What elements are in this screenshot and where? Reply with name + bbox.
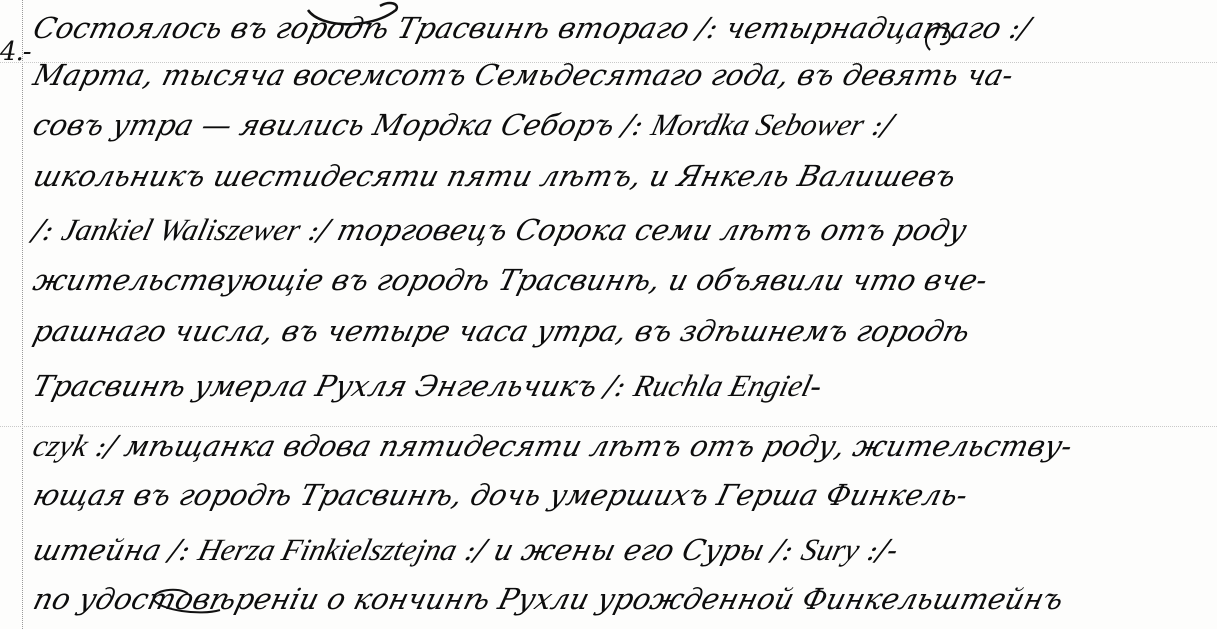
cyrillic-text: рашнаго числа, въ четыре часа утра, въ з…: [30, 314, 974, 348]
cyrillic-text: :/ мѣщанка вдова пятидесяти лѣтъ отъ род…: [83, 429, 1076, 463]
latin-name-text: Sury: [798, 532, 864, 567]
cyrillic-text: ющая въ городѣ Трасвинѣ, дочь умершихъ Г…: [30, 478, 971, 512]
latin-name-text: Jankiel Waliszewer: [58, 212, 304, 247]
text-line-7: рашнаго числа, въ четыре часа утра, въ з…: [30, 317, 972, 346]
text-line-6: жительствующіе въ городѣ Трасвинѣ, и объ…: [30, 266, 990, 295]
cyrillic-text: штейна /:: [30, 533, 204, 567]
text-line-10: ющая въ городѣ Трасвинѣ, дочь умершихъ Г…: [30, 481, 970, 510]
cyrillic-text: школьникъ шестидесяти пяти лѣтъ, и Янкел…: [30, 159, 960, 193]
cyrillic-text: :/ торговецъ Сорока семи лѣтъ отъ роду: [296, 213, 971, 247]
left-margin-rule: [22, 0, 23, 629]
text-line-11: штейна /: Herza Finkielsztejna :/ и жены…: [30, 534, 901, 565]
text-line-5: /: Jankiel Waliszewer :/ торговецъ Сорок…: [30, 214, 970, 245]
text-line-9: czyk :/ мѣщанка вдова пятидесяти лѣтъ от…: [30, 430, 1076, 461]
entry-number: 4.-: [0, 37, 31, 67]
latin-name-text: Mordka Sebower: [648, 107, 868, 142]
cyrillic-text: жительствующіе въ городѣ Трасвинѣ, и объ…: [30, 263, 991, 297]
cyrillic-text: совъ утра — явились Мордка Себоръ /:: [30, 108, 657, 142]
text-line-1: Состоялось въ городѣ Трасвинѣ втораго /:…: [30, 14, 1033, 43]
cyrillic-text: Марта, тысяча восемсотъ Семьдесятаго год…: [30, 58, 1017, 92]
cyrillic-text: :/ и жены его Суры /:: [452, 533, 806, 567]
cyrillic-text: Состоялось въ городѣ Трасвинѣ втораго /:…: [30, 11, 1034, 45]
latin-name-text: Herza Finkielsztejna: [195, 532, 461, 567]
latin-name-text: Ruchla Engiel-: [630, 368, 826, 403]
text-line-12: по удостовѣреніи о кончинѣ Рухли урожден…: [30, 585, 1066, 614]
document-page: 4.- Состоялось въ городѣ Трасвинѣ втораг…: [0, 0, 1217, 629]
latin-name-text: czyk: [30, 428, 92, 463]
cyrillic-text: по удостовѣреніи о кончинѣ Рухли урожден…: [30, 582, 1067, 616]
text-line-2: Марта, тысяча восемсотъ Семьдесятаго год…: [30, 61, 1016, 90]
cyrillic-text: Трасвинѣ умерла Рухля Энгельчикъ /:: [30, 369, 639, 403]
text-line-4: школьникъ шестидесяти пяти лѣтъ, и Янкел…: [30, 162, 958, 191]
text-line-8: Трасвинѣ умерла Рухля Энгельчикъ /: Ruch…: [30, 370, 825, 401]
cyrillic-text: :/-: [855, 533, 902, 567]
faint-ruling: [0, 426, 1217, 427]
text-line-3: совъ утра — явились Мордка Себоръ /: Mor…: [30, 109, 896, 140]
